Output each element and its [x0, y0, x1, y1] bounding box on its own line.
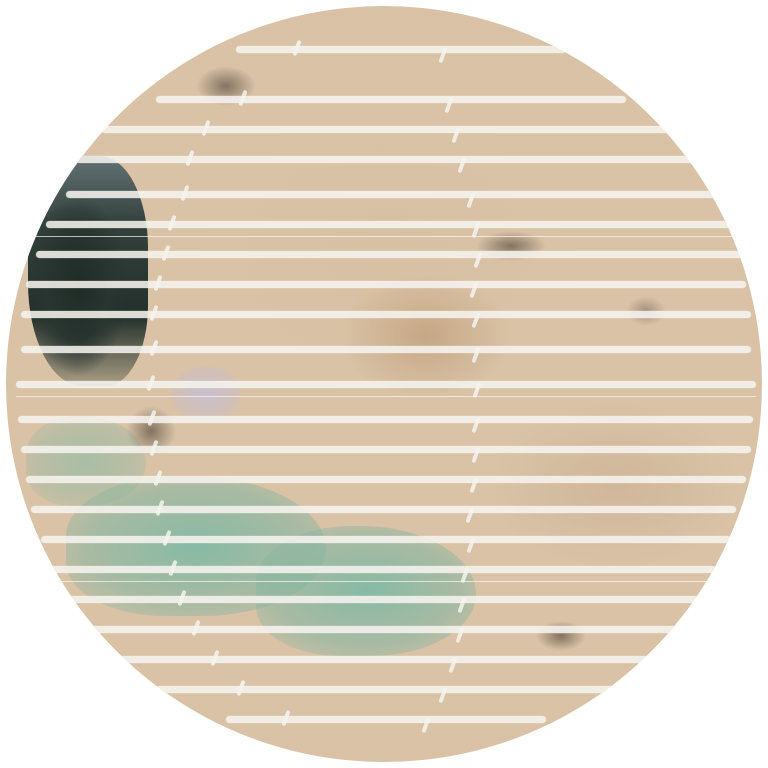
violet-smudge — [171, 366, 241, 421]
scratch-line — [26, 236, 746, 237]
scratch-line — [46, 581, 726, 582]
circular-painting — [6, 6, 762, 762]
scratch-line — [16, 396, 756, 397]
teal-wash-center — [256, 526, 476, 656]
